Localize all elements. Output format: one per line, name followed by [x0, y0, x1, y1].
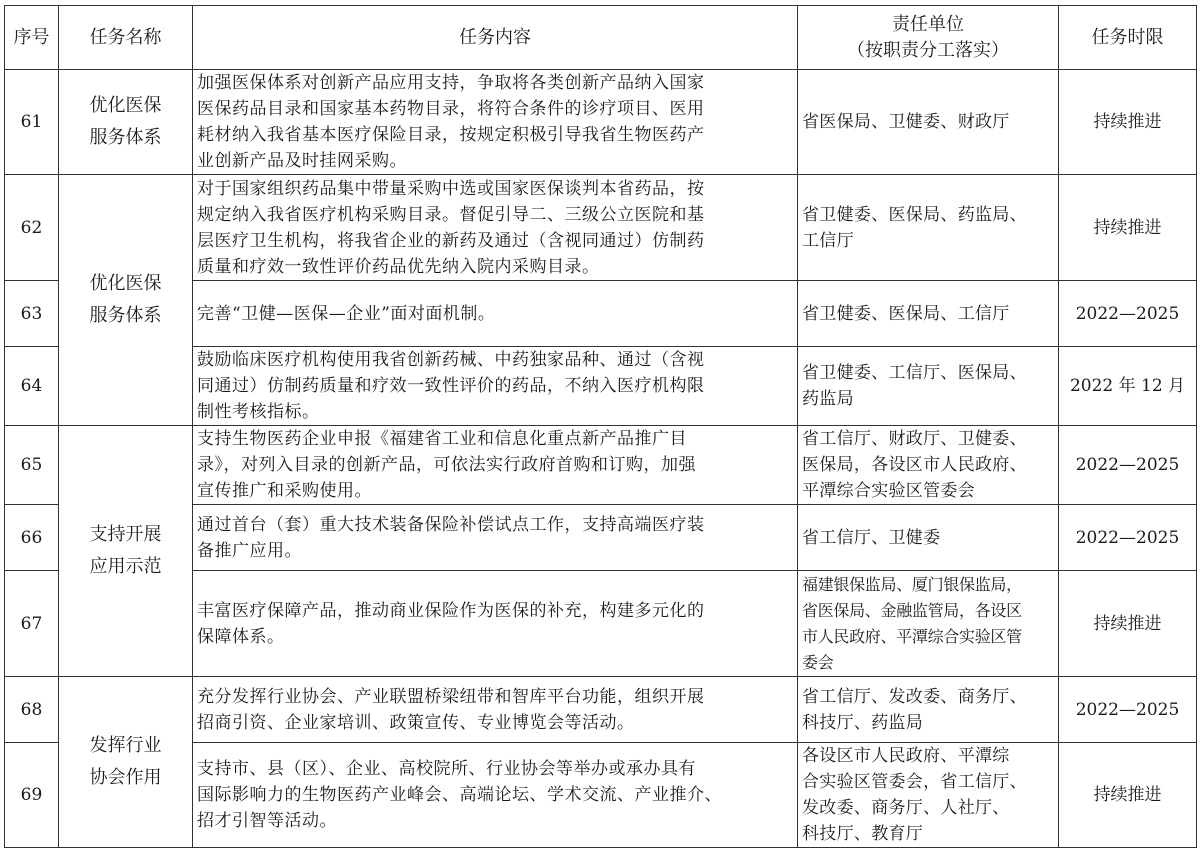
- task-name: 优化医保 服务体系: [59, 175, 193, 426]
- content-line: 医保药品目录和国家基本药物目录，将符合条件的诊疗项目、医用: [197, 96, 793, 122]
- content-line: 对于国家组织药品集中带量采购中选或国家医保谈判本省药品，按: [197, 176, 793, 202]
- dept-line: 省卫健委、工信厅、医保局、: [802, 360, 1054, 386]
- responsible-unit: 省工信厅、发改委、商务厅、 科技厅、药监局: [798, 677, 1059, 743]
- content-line: 同通过）仿制药质量和疗效一致性评价的药品，不纳入医疗机构限: [197, 373, 793, 399]
- responsible-unit: 省卫健委、医保局、药监局、 工信厅: [798, 175, 1059, 281]
- responsible-unit: 各设区市人民政府、平潭综 合实验区管委会，省工信厅、 发改委、商务厅、人社厅、 …: [798, 743, 1059, 848]
- header-dept-title: 责任单位: [802, 12, 1054, 38]
- content-line: 支持生物医药企业申报《福建省工业和信息化重点新产品推广目: [197, 426, 793, 452]
- task-name-line: 发挥行业: [63, 730, 188, 762]
- header-dept: 责任单位 （按职责分工落实）: [798, 6, 1059, 70]
- responsible-unit: 福建银保监局、厦门银保监局， 省医保局、金融监管局，各设区 市人民政府、平潭综合…: [798, 571, 1059, 677]
- dept-line: 科技厅、药监局: [802, 710, 1054, 736]
- dept-line: 省卫健委、医保局、药监局、: [802, 202, 1054, 228]
- content-line: 招商引资、企业家培训、政策宣传、专业博览会等活动。: [197, 710, 793, 736]
- task-name-line: 优化医保: [63, 90, 188, 122]
- table-row: 65 支持开展 应用示范 支持生物医药企业申报《福建省工业和信息化重点新产品推广…: [5, 426, 1197, 505]
- task-name-line: 优化医保: [63, 268, 188, 300]
- content-line: 宣传推广和采购使用。: [197, 478, 793, 504]
- task-name-line: 支持开展: [63, 519, 188, 551]
- content-line: 业创新产品及时挂网采购。: [197, 148, 793, 174]
- task-content: 完善“卫健—医保—企业”面对面机制。: [193, 281, 798, 347]
- dept-line: 发改委、商务厅、人社厅、: [802, 795, 1054, 821]
- deadline: 2022—2025: [1059, 505, 1197, 571]
- row-number: 66: [5, 505, 59, 571]
- header-num: 序号: [5, 6, 59, 70]
- deadline: 2022 年 12 月: [1059, 347, 1197, 426]
- row-number: 65: [5, 426, 59, 505]
- deadline: 2022—2025: [1059, 677, 1197, 743]
- task-name-line: 应用示范: [63, 551, 188, 583]
- task-content: 充分发挥行业协会、产业联盟桥梁纽带和智库平台功能，组织开展 招商引资、企业家培训…: [193, 677, 798, 743]
- table-row: 61 优化医保 服务体系 加强医保体系对创新产品应用支持，争取将各类创新产品纳入…: [5, 70, 1197, 175]
- dept-line: 科技厅、教育厅: [802, 821, 1054, 847]
- content-line: 招才引智等活动。: [197, 808, 793, 834]
- deadline: 持续推进: [1059, 571, 1197, 677]
- row-number: 61: [5, 70, 59, 175]
- dept-line: 各设区市人民政府、平潭综: [802, 743, 1054, 769]
- task-name: 优化医保 服务体系: [59, 70, 193, 175]
- dept-line: 省工信厅、财政厅、卫健委、: [802, 426, 1054, 452]
- task-content: 加强医保体系对创新产品应用支持，争取将各类创新产品纳入国家 医保药品目录和国家基…: [193, 70, 798, 175]
- task-name-line: 协会作用: [63, 762, 188, 794]
- table-header-row: 序号 任务名称 任务内容 责任单位 （按职责分工落实） 任务时限: [5, 6, 1197, 70]
- header-name: 任务名称: [59, 6, 193, 70]
- task-name: 发挥行业 协会作用: [59, 677, 193, 848]
- deadline: 持续推进: [1059, 70, 1197, 175]
- deadline: 2022—2025: [1059, 426, 1197, 505]
- task-name: 支持开展 应用示范: [59, 426, 193, 677]
- content-line: 国际影响力的生物医药产业峰会、高端论坛、学术交流、产业推介、: [197, 782, 793, 808]
- dept-line: 医保局，各设区市人民政府、: [802, 452, 1054, 478]
- content-line: 耗材纳入我省基本医疗保险目录，按规定积极引导我省生物医药产: [197, 122, 793, 148]
- content-line: 支持市、县（区）、企业、高校院所、行业协会等举办或承办具有: [197, 756, 793, 782]
- dept-line: 药监局: [802, 386, 1054, 412]
- dept-line: 省工信厅、卫健委: [802, 525, 1054, 551]
- content-line: 规定纳入我省医疗机构采购目录。督促引导二、三级公立医院和基: [197, 202, 793, 228]
- dept-line: 省医保局、金融监管局，各设区: [802, 598, 1054, 624]
- dept-line: 省卫健委、医保局、工信厅: [802, 301, 1054, 327]
- dept-line: 合实验区管委会，省工信厅、: [802, 769, 1054, 795]
- content-line: 充分发挥行业协会、产业联盟桥梁纽带和智库平台功能，组织开展: [197, 684, 793, 710]
- content-line: 制性考核指标。: [197, 399, 793, 425]
- content-line: 鼓励临床医疗机构使用我省创新药械、中药独家品种、通过（含视: [197, 347, 793, 373]
- responsible-unit: 省工信厅、财政厅、卫健委、 医保局，各设区市人民政府、 平潭综合实验区管委会: [798, 426, 1059, 505]
- header-deadline: 任务时限: [1059, 6, 1197, 70]
- responsible-unit: 省卫健委、工信厅、医保局、 药监局: [798, 347, 1059, 426]
- row-number: 62: [5, 175, 59, 281]
- header-dept-subtitle: （按职责分工落实）: [802, 38, 1054, 64]
- deadline: 2022—2025: [1059, 281, 1197, 347]
- table-row: 68 发挥行业 协会作用 充分发挥行业协会、产业联盟桥梁纽带和智库平台功能，组织…: [5, 677, 1197, 743]
- dept-line: 市人民政府、平潭综合实验区管: [802, 624, 1054, 650]
- dept-line: 委会: [802, 650, 1054, 676]
- task-name-line: 服务体系: [63, 300, 188, 332]
- responsible-unit: 省工信厅、卫健委: [798, 505, 1059, 571]
- task-content: 对于国家组织药品集中带量采购中选或国家医保谈判本省药品，按 规定纳入我省医疗机构…: [193, 175, 798, 281]
- responsible-unit: 省卫健委、医保局、工信厅: [798, 281, 1059, 347]
- row-number: 63: [5, 281, 59, 347]
- content-line: 录》，对列入目录的创新产品，可依法实行政府首购和订购，加强: [197, 452, 793, 478]
- content-line: 保障体系。: [197, 624, 793, 650]
- task-content: 丰富医疗保障产品，推动商业保险作为医保的补充，构建多元化的 保障体系。: [193, 571, 798, 677]
- dept-line: 省医保局、卫健委、财政厅: [802, 109, 1054, 135]
- content-line: 加强医保体系对创新产品应用支持，争取将各类创新产品纳入国家: [197, 70, 793, 96]
- table-row: 62 优化医保 服务体系 对于国家组织药品集中带量采购中选或国家医保谈判本省药品…: [5, 175, 1197, 281]
- dept-line: 平潭综合实验区管委会: [802, 478, 1054, 504]
- task-content: 支持生物医药企业申报《福建省工业和信息化重点新产品推广目 录》，对列入目录的创新…: [193, 426, 798, 505]
- header-content: 任务内容: [193, 6, 798, 70]
- dept-line: 福建银保监局、厦门银保监局，: [802, 572, 1054, 598]
- task-table: 序号 任务名称 任务内容 责任单位 （按职责分工落实） 任务时限 61 优化医保…: [4, 5, 1197, 848]
- row-number: 68: [5, 677, 59, 743]
- deadline: 持续推进: [1059, 743, 1197, 848]
- content-line: 层医疗卫生机构，将我省企业的新药及通过（含视同通过）仿制药: [197, 228, 793, 254]
- dept-line: 省工信厅、发改委、商务厅、: [802, 684, 1054, 710]
- task-content: 支持市、县（区）、企业、高校院所、行业协会等举办或承办具有 国际影响力的生物医药…: [193, 743, 798, 848]
- content-line: 通过首台（套）重大技术装备保险补偿试点工作，支持高端医疗装: [197, 512, 793, 538]
- dept-line: 工信厅: [802, 228, 1054, 254]
- responsible-unit: 省医保局、卫健委、财政厅: [798, 70, 1059, 175]
- row-number: 64: [5, 347, 59, 426]
- task-content: 通过首台（套）重大技术装备保险补偿试点工作，支持高端医疗装 备推广应用。: [193, 505, 798, 571]
- task-name-line: 服务体系: [63, 122, 188, 154]
- task-content: 鼓励临床医疗机构使用我省创新药械、中药独家品种、通过（含视 同通过）仿制药质量和…: [193, 347, 798, 426]
- content-line: 丰富医疗保障产品，推动商业保险作为医保的补充，构建多元化的: [197, 598, 793, 624]
- content-line: 完善“卫健—医保—企业”面对面机制。: [197, 301, 793, 327]
- row-number: 69: [5, 743, 59, 848]
- content-line: 质量和疗效一致性评价药品优先纳入院内采购目录。: [197, 254, 793, 280]
- row-number: 67: [5, 571, 59, 677]
- content-line: 备推广应用。: [197, 538, 793, 564]
- deadline: 持续推进: [1059, 175, 1197, 281]
